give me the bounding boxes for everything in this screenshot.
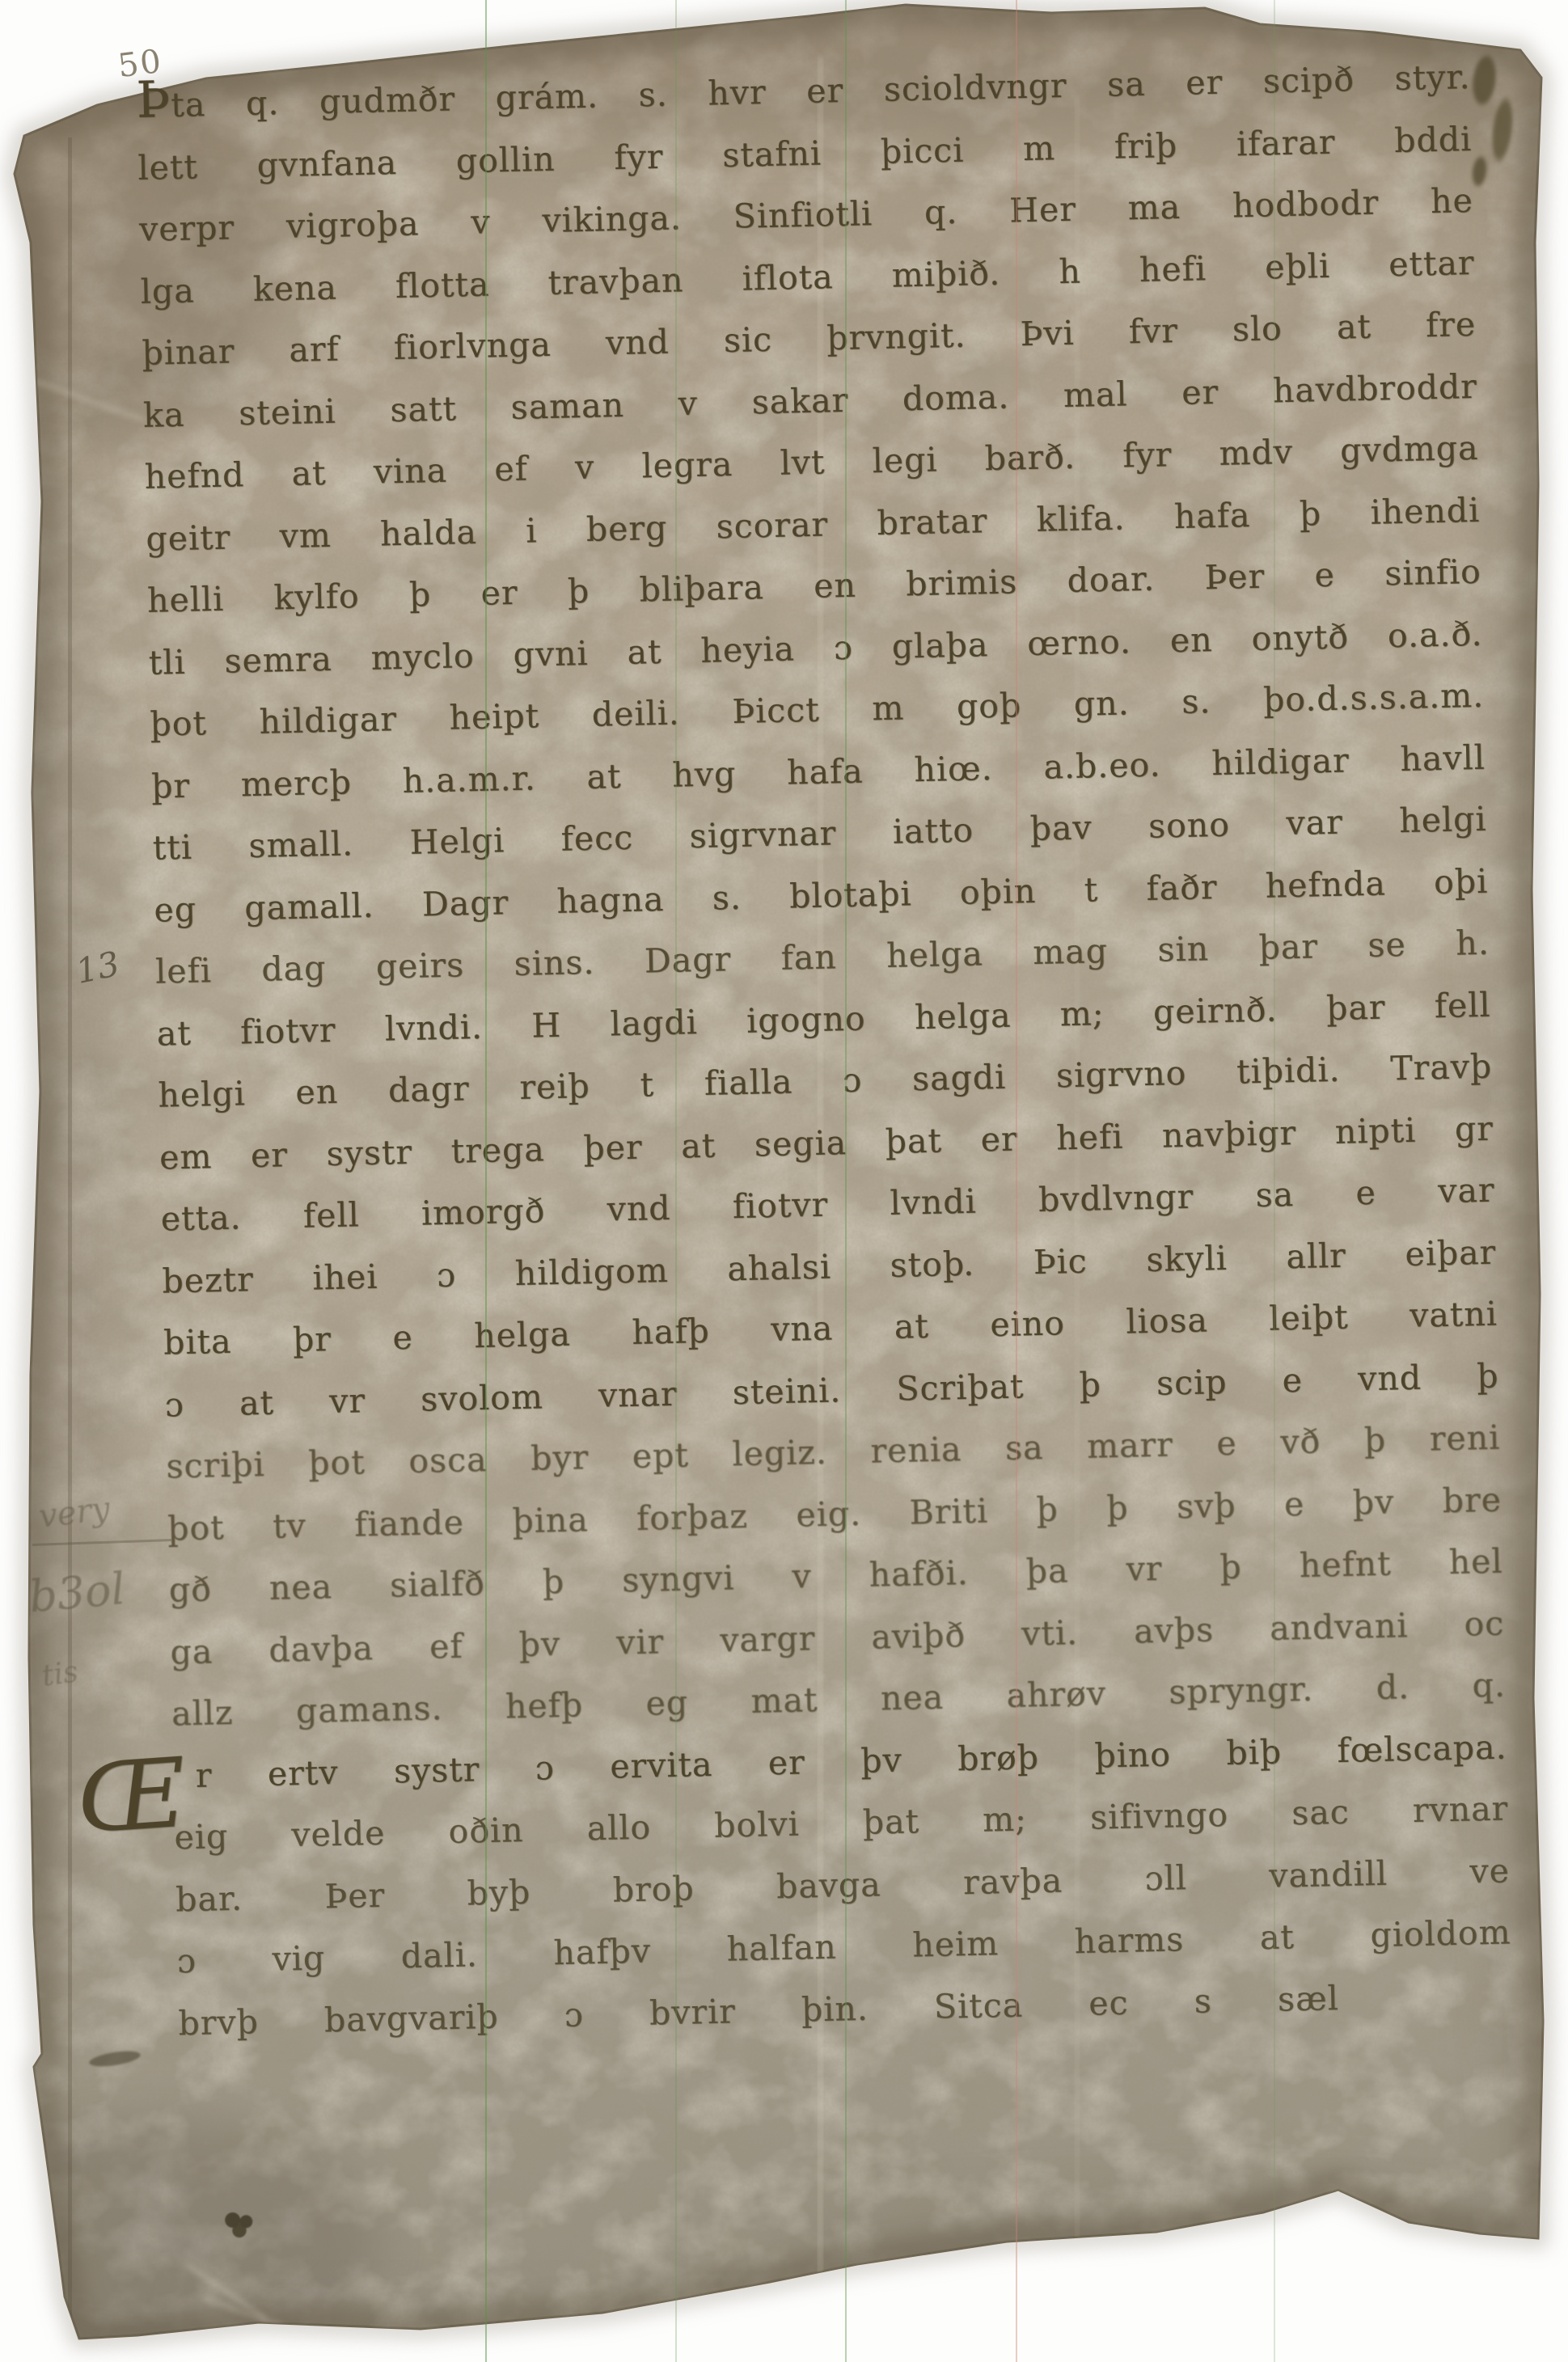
ink-blot-bottom-left xyxy=(218,2206,260,2243)
folio-number: 50 xyxy=(116,43,164,85)
drop-initial: Œ xyxy=(74,1744,189,1847)
text-block: Þta q. gudmðr grám. s. hvr er scioldvngr… xyxy=(136,49,1513,2056)
margin-scribble: b3ol xyxy=(27,1563,127,1622)
margin-ruling-line xyxy=(68,137,72,2329)
manuscript-scan: Þta q. gudmðr grám. s. hvr er scioldvngr… xyxy=(0,0,1568,2362)
margin-scribble: tis xyxy=(40,1655,80,1693)
